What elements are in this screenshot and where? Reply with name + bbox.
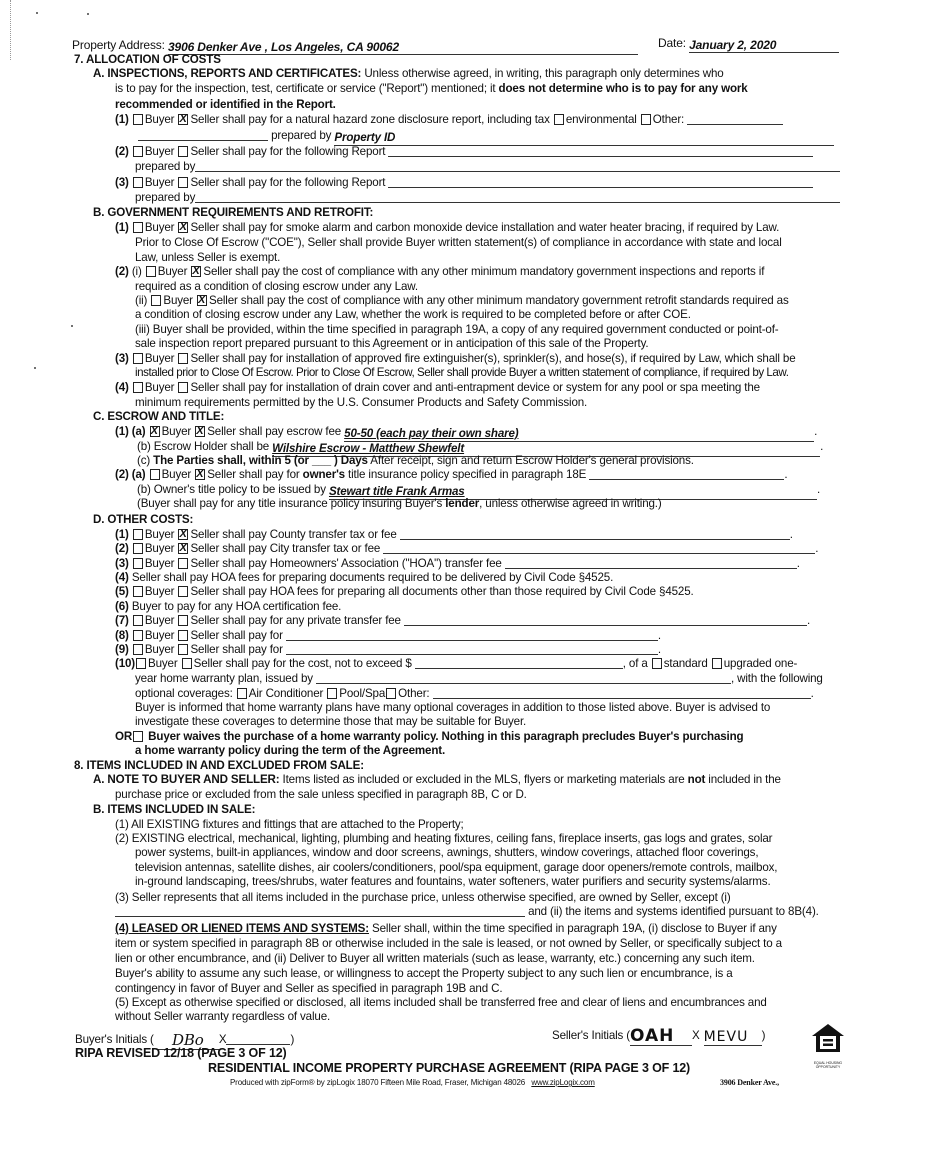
document-page: Property Address: 3906 Denker Ave , Los … <box>0 0 934 1162</box>
buyer-label: Buyer <box>145 629 175 642</box>
form-title: RESIDENTIAL INCOME PROPERTY PURCHASE AGR… <box>208 1061 690 1075</box>
section-7d-item-10-info-1: Buyer is informed that home warranty pla… <box>135 701 770 715</box>
seller-checkbox[interactable] <box>195 426 205 437</box>
section-7a-intro-3: recommended or identified in the Report. <box>115 98 336 112</box>
item-text: Seller shall pay for smoke alarm and car… <box>190 221 779 234</box>
standard-checkbox[interactable] <box>652 658 662 669</box>
text: After receipt, sign and return Escrow Ho… <box>368 454 694 467</box>
scan-speck <box>71 325 73 327</box>
item-text: Seller shall pay for any private transfe… <box>190 614 400 627</box>
item-text: (b) Escrow Holder shall be <box>137 440 269 453</box>
scan-speck <box>87 13 89 15</box>
section-8b-item-4-l2: item or system specified in paragraph 8B… <box>115 937 782 951</box>
item-number: (9) <box>115 643 129 656</box>
seller-initials-field-2[interactable]: MEVU <box>704 1030 762 1046</box>
other-cost-item: (4) Seller shall pay HOA fees for prepar… <box>115 571 613 585</box>
date-line: Date: January 2, 2020 <box>658 36 839 53</box>
buyer-checkbox[interactable] <box>133 543 143 554</box>
buyer-checkbox[interactable] <box>133 177 143 188</box>
buyer-label: Buyer <box>145 176 175 189</box>
section-8b-item-5-l2: without Seller warranty regardless of va… <box>115 1010 330 1024</box>
text: lender <box>445 497 479 510</box>
text: does not determine who is to pay for any… <box>499 82 748 95</box>
date-value: January 2, 2020 <box>689 38 776 52</box>
item-number: (7) <box>115 614 129 627</box>
cost-field[interactable] <box>286 643 658 655</box>
item-number: (2) <box>115 265 129 278</box>
text: Seller shall pay for <box>207 468 302 481</box>
item-text: Seller shall pay escrow fee <box>207 425 341 438</box>
section-7b-item-2i: (2) (i) Buyer Seller shall pay the cost … <box>115 265 764 279</box>
buyer-label: Buyer <box>145 557 175 570</box>
buyer-label: Buyer <box>145 113 175 126</box>
other-checkbox[interactable] <box>641 114 651 125</box>
section-7a-item-3-prepared: prepared by <box>135 191 840 205</box>
item-text: Seller shall pay the cost of compliance … <box>203 265 764 278</box>
ziplogix-link[interactable]: www.zipLogix.com <box>531 1078 594 1087</box>
item-text: Buyer to pay for any HOA certification f… <box>132 600 341 613</box>
cost-field[interactable] <box>400 528 790 540</box>
section-8b-item-4-l4: Buyer's ability to assume any such lease… <box>115 967 733 981</box>
buyer-label: Buyer <box>162 425 192 438</box>
cost-field[interactable] <box>286 629 658 641</box>
seller-initials-field-1[interactable]: OAH <box>630 1029 692 1046</box>
buyer-label: Buyer <box>163 294 193 307</box>
item-text: Seller shall pay County transfer tax or … <box>190 528 396 541</box>
other-cost-item: (3) Buyer Seller shall pay Homeowners' A… <box>115 557 800 571</box>
title-policy-field[interactable] <box>589 468 784 480</box>
item-number: (1) <box>115 528 129 541</box>
item-number: (6) <box>115 600 129 613</box>
section-7b-item-2ii: (ii) Buyer Seller shall pay the cost of … <box>135 294 789 308</box>
section-8b-item-5-l1: (5) Except as otherwise specified or dis… <box>115 996 767 1010</box>
section-7b-heading: B. GOVERNMENT REQUIREMENTS AND RETROFIT: <box>93 206 373 220</box>
buyer-initials-field-2[interactable] <box>226 1044 290 1045</box>
scan-speck <box>34 367 36 369</box>
section-7d-waive: OR Buyer waives the purchase of a home w… <box>115 730 743 744</box>
other-cost-item: (6) Buyer to pay for any HOA certificati… <box>115 600 341 614</box>
buyer-checkbox[interactable] <box>133 529 143 540</box>
other-cost-item: (8) Buyer Seller shall pay for . <box>115 629 661 643</box>
section-7d-item-10-info-2: investigate these coverages to determine… <box>135 715 526 729</box>
text: Items listed as included or excluded in … <box>279 773 687 786</box>
text: (c) <box>137 454 153 467</box>
seller-checkbox[interactable] <box>178 586 188 597</box>
prepared-by-value: Property ID <box>334 131 395 144</box>
section-7b-item-4-l2: minimum requirements permitted by the U.… <box>135 396 587 410</box>
other-cost-item: (2) Buyer Seller shall pay City transfer… <box>115 542 818 556</box>
date-label: Date: <box>658 36 686 50</box>
buyer-checkbox[interactable] <box>136 658 146 669</box>
scan-speck <box>36 12 38 14</box>
text: Buyer waives the purchase of a home warr… <box>145 730 743 743</box>
other-cost-item: (9) Buyer Seller shall pay for . <box>115 643 661 657</box>
buyer-checkbox[interactable] <box>146 266 156 277</box>
item-text: Seller shall pay for a natural hazard zo… <box>190 113 549 126</box>
seller-checkbox[interactable] <box>178 529 188 540</box>
buyer-checkbox[interactable] <box>133 222 143 233</box>
other-coverage-checkbox[interactable] <box>386 688 396 699</box>
text: , with the following <box>731 672 823 685</box>
section-7a-item-3: (3) Buyer Seller shall pay for the follo… <box>115 176 813 190</box>
seller-checkbox[interactable] <box>178 558 188 569</box>
air-conditioner-checkbox[interactable] <box>237 688 247 699</box>
text: title insurance policy specified in para… <box>345 468 586 481</box>
equal-housing-icon: EQUAL HOUSING OPPORTUNITY <box>810 1022 846 1068</box>
seller-checkbox[interactable] <box>178 353 188 364</box>
item-number: (1) <box>115 113 129 126</box>
section-7b-item-2i-l2: required as a condition of closing escro… <box>135 280 418 294</box>
item-number: (1) (a) <box>115 425 146 438</box>
seller-checkbox[interactable] <box>178 177 188 188</box>
upgraded-checkbox[interactable] <box>712 658 722 669</box>
report-field[interactable] <box>388 145 813 157</box>
text: is to pay for the inspection, test, cert… <box>115 82 499 95</box>
item-text: Seller shall pay for <box>190 643 282 656</box>
warranty-issuer-field[interactable] <box>316 672 731 684</box>
sub-label: (i) <box>132 265 142 278</box>
buyer-checkbox[interactable] <box>133 353 143 364</box>
text: (Buyer shall pay for any title insurance… <box>137 497 445 510</box>
sub-label: (ii) <box>135 294 147 307</box>
other-field[interactable] <box>687 113 783 125</box>
section-8b-heading: B. ITEMS INCLUDED IN SALE: <box>93 803 255 817</box>
text: included in the <box>705 773 781 786</box>
buyer-checkbox[interactable] <box>150 469 160 480</box>
section-7d-heading: D. OTHER COSTS: <box>93 513 193 527</box>
section-7c-heading: C. ESCROW AND TITLE: <box>93 410 224 424</box>
text: , of a <box>623 657 648 670</box>
section-7a-item-2: (2) Buyer Seller shall pay for the follo… <box>115 145 813 159</box>
section-7b-item-2iii-l2: sale inspection report prepared pursuant… <box>135 337 649 351</box>
seller-checkbox[interactable] <box>178 382 188 393</box>
other-label: Other: <box>653 113 684 126</box>
text: not <box>688 773 706 786</box>
buyer-initials-label: Buyer's Initials ( <box>75 1033 154 1046</box>
section-7-title: 7. ALLOCATION OF COSTS <box>74 53 221 67</box>
prepared-by-field[interactable]: Property ID <box>334 131 834 146</box>
section-8b-item-4-l5: contingency in favor of Buyer and Seller… <box>115 982 502 996</box>
section-7b-item-2ii-l2: a condition of closing escrow under any … <box>135 308 691 322</box>
buyer-checkbox[interactable] <box>133 586 143 597</box>
seller-checkbox[interactable] <box>191 266 201 277</box>
section-7b-item-2iii-l1: (iii) Buyer shall be provided, within th… <box>135 323 779 337</box>
report-field[interactable] <box>388 176 813 188</box>
other-coverage-field[interactable] <box>433 687 811 699</box>
section-8b-item-2-l1: (2) EXISTING electrical, mechanical, lig… <box>115 832 772 846</box>
seller-checkbox[interactable] <box>178 222 188 233</box>
text: and (ii) the items and systems identifie… <box>528 905 819 918</box>
buyer-checkbox[interactable] <box>150 426 160 437</box>
days-field[interactable]: 5 (or ___ ) Days <box>285 454 368 467</box>
buyer-checkbox[interactable] <box>133 382 143 393</box>
buyer-checkbox[interactable] <box>133 558 143 569</box>
prepared-by-label: prepared by <box>135 160 195 173</box>
item-number: (10) <box>115 657 135 670</box>
upgraded-label: upgraded one- <box>724 657 797 670</box>
buyer-checkbox[interactable] <box>133 615 143 626</box>
section-7b-item-1-l3: Law, unless Seller is exempt. <box>135 251 280 265</box>
seller-checkbox[interactable] <box>178 543 188 554</box>
item-text: Seller shall pay City transfer tax or fe… <box>190 542 380 555</box>
buyer-label: Buyer <box>145 145 175 158</box>
other-cost-item: (7) Buyer Seller shall pay for any priva… <box>115 614 810 628</box>
item-number: (2) <box>115 145 129 158</box>
buyer-checkbox[interactable] <box>133 146 143 157</box>
item-number: (4) <box>115 381 129 394</box>
item-text: Seller shall pay HOA fees for preparing … <box>132 571 613 584</box>
section-8a-heading: A. NOTE TO BUYER AND SELLER: <box>93 773 279 786</box>
section-7b-item-1-l2: Prior to Close Of Escrow ("COE"), Seller… <box>135 236 782 250</box>
blank-field[interactable] <box>138 129 268 141</box>
item-text: Seller shall pay HOA fees for preparing … <box>190 585 693 598</box>
text: optional coverages: <box>135 687 233 700</box>
escrow-fee-value: 50-50 (each pay their own share) <box>344 427 518 440</box>
prepared-by-label: prepared by <box>271 129 331 142</box>
seller-checkbox[interactable] <box>178 615 188 626</box>
seller-checkbox[interactable] <box>182 658 192 669</box>
section-7d-item-10-l2: year home warranty plan, issued by , wit… <box>135 672 823 686</box>
section-8b-item-2-l4: in-ground landscaping, trees/shrubs, wat… <box>135 875 771 889</box>
text: Pool/Spa <box>339 687 385 700</box>
item-number: (4) <box>115 571 129 584</box>
section-7d-waive-l2: a home warranty policy during the term o… <box>135 744 445 758</box>
section-7c-item-2-note: (Buyer shall pay for any title insurance… <box>137 497 662 511</box>
section-8b-item-2-l3: television antennas, satellite dishes, a… <box>135 861 777 875</box>
section-7b-item-1: (1) Buyer Seller shall pay for smoke ala… <box>115 221 779 235</box>
signature: OAH <box>630 1026 674 1046</box>
pool-spa-checkbox[interactable] <box>327 688 337 699</box>
prepared-by-field[interactable] <box>195 160 840 172</box>
item-text: Seller shall pay for the following Repor… <box>190 176 385 189</box>
seller-checkbox[interactable] <box>178 644 188 655</box>
buyer-label: Buyer <box>145 221 175 234</box>
item-number: (2) <box>115 542 129 555</box>
buyer-checkbox[interactable] <box>151 295 161 306</box>
cost-field[interactable] <box>404 614 807 626</box>
section-8b-item-4-l3: lien or other encumbrance, and (ii) Deli… <box>115 952 755 966</box>
item-text: Seller shall pay Homeowners' Association… <box>190 557 501 570</box>
text: Unless otherwise agreed, in writing, thi… <box>361 67 723 80</box>
buyer-checkbox[interactable] <box>133 114 143 125</box>
seller-checkbox[interactable] <box>178 146 188 157</box>
section-8b-item-3-l2: and (ii) the items and systems identifie… <box>115 905 819 919</box>
seller-initials: Seller's Initials (OAHXMEVU) <box>552 1029 765 1046</box>
buyer-label: Buyer <box>145 542 175 555</box>
section-8b-item-3-l1: (3) Seller represents that all items inc… <box>115 891 731 905</box>
seller-checkbox[interactable] <box>178 114 188 125</box>
cost-field[interactable] <box>383 542 815 554</box>
prepared-by-field[interactable] <box>195 191 840 203</box>
section-7a-item-1: (1) Buyer Seller shall pay for a natural… <box>115 113 783 127</box>
text: (4) LEASED OR LIENED ITEMS AND SYSTEMS: <box>115 922 369 935</box>
prepared-by-label: prepared by <box>135 191 195 204</box>
section-7b-item-3: (3) Buyer Seller shall pay for installat… <box>115 352 796 366</box>
item-text: Seller shall pay for the following Repor… <box>190 145 385 158</box>
buyer-label: Buyer <box>145 352 175 365</box>
buyer-checkbox[interactable] <box>133 644 143 655</box>
other-cost-item: (1) Buyer Seller shall pay County transf… <box>115 528 793 542</box>
warranty-cost-field[interactable] <box>415 657 623 669</box>
other-cost-item: (5) Buyer Seller shall pay HOA fees for … <box>115 585 694 599</box>
item-text: (b) Owner's title policy to be issued by <box>137 483 326 496</box>
section-8b-item-1: (1) All EXISTING fixtures and fittings t… <box>115 818 464 832</box>
standard-label: standard <box>664 657 708 670</box>
property-address-label: Property Address: <box>72 38 165 52</box>
text: Seller shall, within the time specified … <box>369 922 777 935</box>
except-items-field[interactable] <box>115 905 525 917</box>
produced-by: Produced with zipForm® by zipLogix 18070… <box>230 1076 595 1090</box>
section-7b-item-3-l2: installed prior to Close Of Escrow. Prio… <box>135 366 788 380</box>
section-8b-item-4-l1: (4) LEASED OR LIENED ITEMS AND SYSTEMS: … <box>115 922 777 936</box>
section-8b-item-2-l2: power systems, built-in appliances, wind… <box>135 846 758 860</box>
buyer-label: Buyer <box>145 585 175 598</box>
section-7a-item-1-prepared: prepared by Property ID <box>138 129 834 146</box>
section-7c-item-2a: (2) (a) Buyer Seller shall pay for owner… <box>115 468 787 482</box>
section-7c-item-1c: (c) The Parties shall, within 5 (or ___ … <box>137 454 694 468</box>
text: OR <box>115 730 132 743</box>
item-text: Seller shall pay for installation of dra… <box>190 381 760 394</box>
item-number: (2) (a) <box>115 468 146 481</box>
section-8a-l1: A. NOTE TO BUYER AND SELLER: Items liste… <box>93 773 781 787</box>
item-number: (3) <box>115 176 129 189</box>
cost-field[interactable] <box>505 557 797 569</box>
item-text: Seller shall pay the cost of compliance … <box>209 294 789 307</box>
text: , unless otherwise agreed in writing.) <box>479 497 661 510</box>
waive-warranty-checkbox[interactable] <box>133 731 143 742</box>
section-7a-intro-1: A. INSPECTIONS, REPORTS AND CERTIFICATES… <box>93 67 724 81</box>
buyer-label: Buyer <box>162 468 192 481</box>
signature: MEVU <box>704 1029 749 1045</box>
section-7b-item-4: (4) Buyer Seller shall pay for installat… <box>115 381 760 395</box>
text: Produced with zipForm® by zipLogix 18070… <box>230 1078 525 1087</box>
seller-initials-label: Seller's Initials ( <box>552 1029 630 1042</box>
buyer-label: Buyer <box>148 657 178 670</box>
text: owner's <box>303 468 345 481</box>
text: year home warranty plan, issued by <box>135 672 313 685</box>
property-address-value: 3906 Denker Ave , Los Angeles, CA 90062 <box>168 40 399 54</box>
buyer-label: Buyer <box>158 265 188 278</box>
item-number: (3) <box>115 557 129 570</box>
text: Air Conditioner <box>249 687 323 700</box>
item-number: (5) <box>115 585 129 598</box>
buyer-label: Buyer <box>145 381 175 394</box>
text: Other: <box>398 687 429 700</box>
buyer-checkbox[interactable] <box>133 630 143 641</box>
text: The Parties shall, within <box>153 454 284 467</box>
date-field[interactable]: January 2, 2020 <box>689 38 839 53</box>
section-7a-heading: A. INSPECTIONS, REPORTS AND CERTIFICATES… <box>93 67 361 80</box>
section-7d-item-10-l3: optional coverages: Air Conditioner Pool… <box>135 687 814 701</box>
item-number: (1) <box>115 221 129 234</box>
seller-checkbox[interactable] <box>197 295 207 306</box>
buyer-label: Buyer <box>145 528 175 541</box>
item-text: Seller shall pay for installation of app… <box>190 352 795 365</box>
section-8a-l2: purchase price or excluded from the sale… <box>115 788 527 802</box>
form-revision: RIPA REVISED 12/18 (PAGE 3 OF 12) <box>75 1046 287 1060</box>
item-text: Seller shall pay for <box>190 629 282 642</box>
property-address-field[interactable]: 3906 Denker Ave , Los Angeles, CA 90062 <box>168 40 638 55</box>
item-number: (8) <box>115 629 129 642</box>
seller-checkbox[interactable] <box>178 630 188 641</box>
section-7a-item-2-prepared: prepared by <box>135 160 840 174</box>
section-7d-item-10: (10)Buyer Seller shall pay for the cost,… <box>115 657 797 671</box>
buyer-label: Buyer <box>145 643 175 656</box>
item-text: Seller shall pay for the cost, not to ex… <box>194 657 412 670</box>
scan-edge <box>10 0 12 60</box>
environmental-label: environmental <box>566 113 637 126</box>
section-7a-intro-2: is to pay for the inspection, test, cert… <box>115 82 748 96</box>
seller-checkbox[interactable] <box>195 469 205 480</box>
section-8-title: 8. ITEMS INCLUDED IN AND EXCLUDED FROM S… <box>74 759 364 773</box>
footer-address: 3906 Denker Ave., <box>720 1076 779 1090</box>
item-number: (3) <box>115 352 129 365</box>
buyer-label: Buyer <box>145 614 175 627</box>
tax-checkbox[interactable] <box>554 114 564 125</box>
